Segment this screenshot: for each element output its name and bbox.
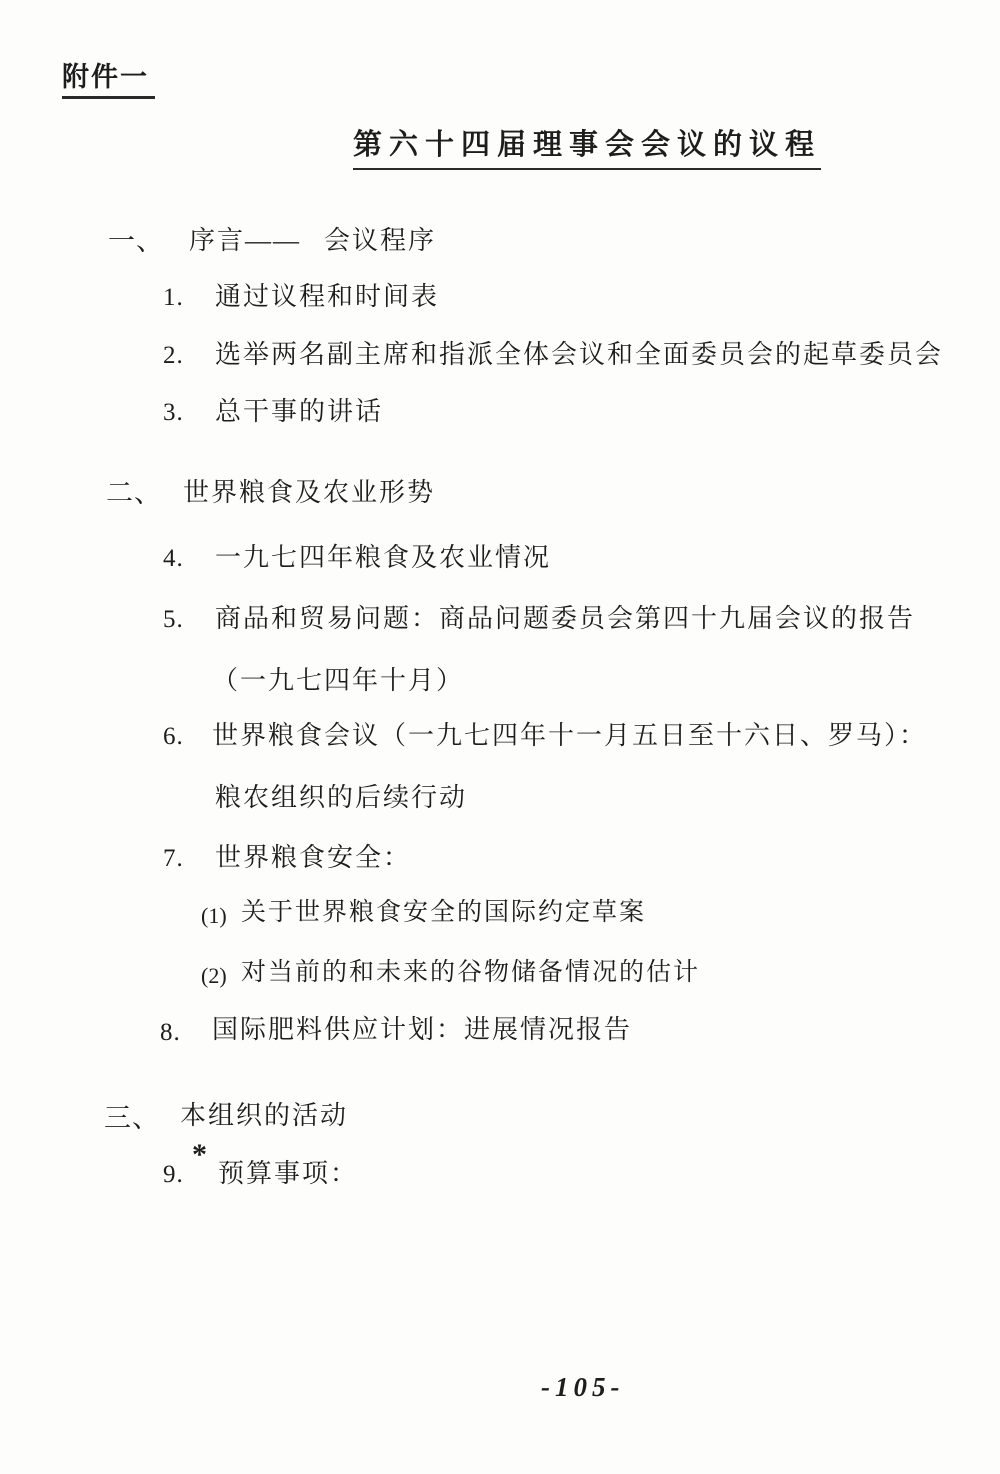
item-6-number: 6. (163, 723, 184, 752)
document-title: 第六十四届理事会会议的议程 (353, 129, 821, 170)
item-5-number: 5. (163, 606, 184, 635)
item-2-text: 选举两名副主席和指派全体会议和全面委员会的起草委员会 (215, 340, 943, 370)
item-7-number: 7. (163, 845, 184, 874)
item-8-number: 8. (160, 1019, 181, 1048)
annex-label: 附件一 (62, 62, 155, 99)
item-8-text: 国际肥料供应计划：进展情况报告 (212, 1015, 632, 1045)
item-7-sub-1-number: (1) (201, 903, 227, 928)
item-4-text: 一九七四年粮食及农业情况 (215, 543, 551, 573)
item-6-text: 世界粮食会议（一九七四年十一月五日至十六日、罗马）： (212, 721, 927, 751)
item-1-number: 1. (163, 284, 184, 313)
item-4-number: 4. (163, 545, 184, 574)
item-9-text: 预算事项： (218, 1159, 358, 1189)
section-2-marker: 二、 (106, 478, 162, 509)
section-1-heading: 序言—— (189, 226, 301, 256)
item-5-text: 商品和贸易问题：商品问题委员会第四十九届会议的报告 (215, 604, 915, 634)
item-7-sub-2-number: (2) (201, 963, 227, 988)
item-7-sub-1-text: 关于世界粮食安全的国际约定草案 (241, 899, 646, 928)
section-1-subheading: 会议程序 (324, 226, 436, 256)
section-3-heading: 本组织的活动 (180, 1101, 348, 1131)
item-9-number: 9. (163, 1161, 184, 1190)
item-9-footnote-asterisk: * (192, 1138, 207, 1173)
section-3-marker: 三、 (104, 1103, 160, 1134)
item-2-number: 2. (163, 342, 184, 371)
section-1-marker: 一、 (108, 226, 164, 257)
item-3-text: 总干事的讲话 (215, 397, 383, 427)
page-number: -105- (541, 1372, 624, 1403)
item-6-text-line2: 粮农组织的后续行动 (215, 783, 467, 813)
section-2-heading: 世界粮食及农业形势 (183, 478, 435, 508)
item-5-text-line2: （一九七四年十月） (212, 666, 464, 696)
item-7-text: 世界粮食安全： (215, 843, 411, 873)
document-page: 附件一 第六十四届理事会会议的议程 一、 序言—— 会议程序 1. 通过议程和时… (0, 0, 1000, 1474)
item-1-text: 通过议程和时间表 (215, 282, 439, 312)
item-7-sub-2-text: 对当前的和未来的谷物储备情况的估计 (241, 959, 700, 988)
item-3-number: 3. (163, 399, 184, 428)
